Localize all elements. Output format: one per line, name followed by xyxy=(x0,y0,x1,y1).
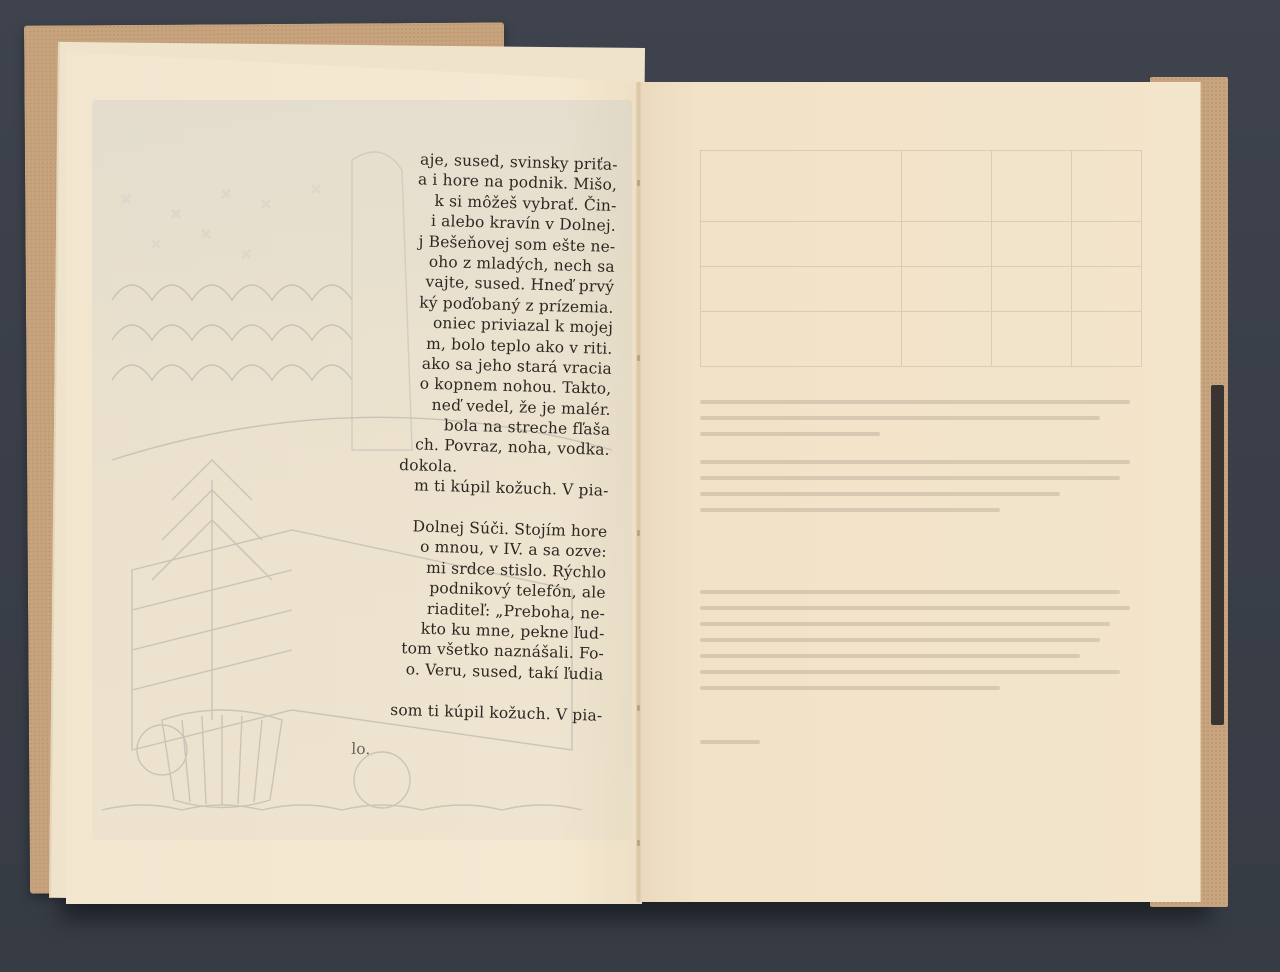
binding-stitch xyxy=(637,530,640,536)
printed-text-block: aje, sused, svinsky priťa- a i hore na p… xyxy=(351,148,618,766)
binding-stitch xyxy=(637,180,640,186)
binding-stitch xyxy=(637,840,640,846)
binding-stitch xyxy=(637,355,640,361)
show-through-content xyxy=(700,150,1140,790)
show-through-table xyxy=(700,150,1142,367)
book-gutter xyxy=(636,82,642,902)
spine-tape xyxy=(1211,385,1224,725)
binding-stitch xyxy=(637,705,640,711)
